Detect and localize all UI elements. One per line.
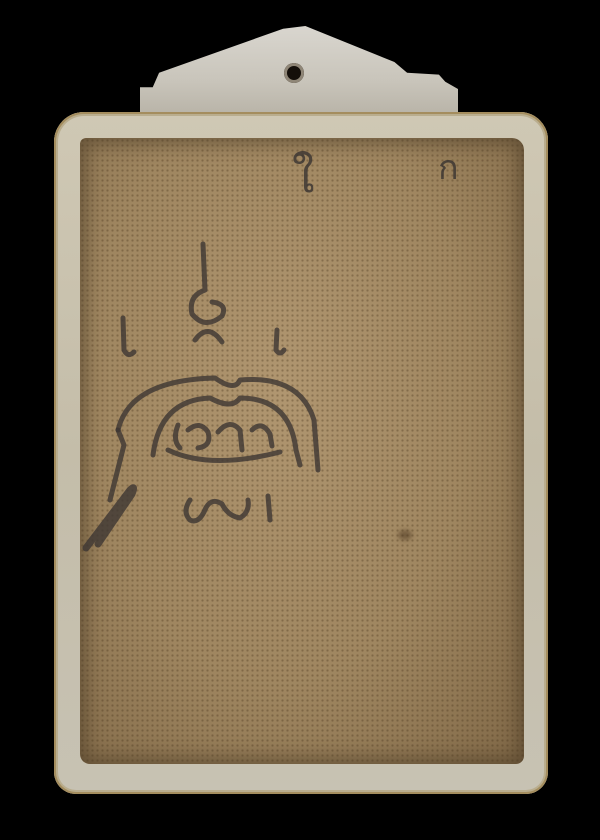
amulet-photo: ใ ก [0, 0, 600, 840]
yantra-drawing [0, 0, 600, 840]
